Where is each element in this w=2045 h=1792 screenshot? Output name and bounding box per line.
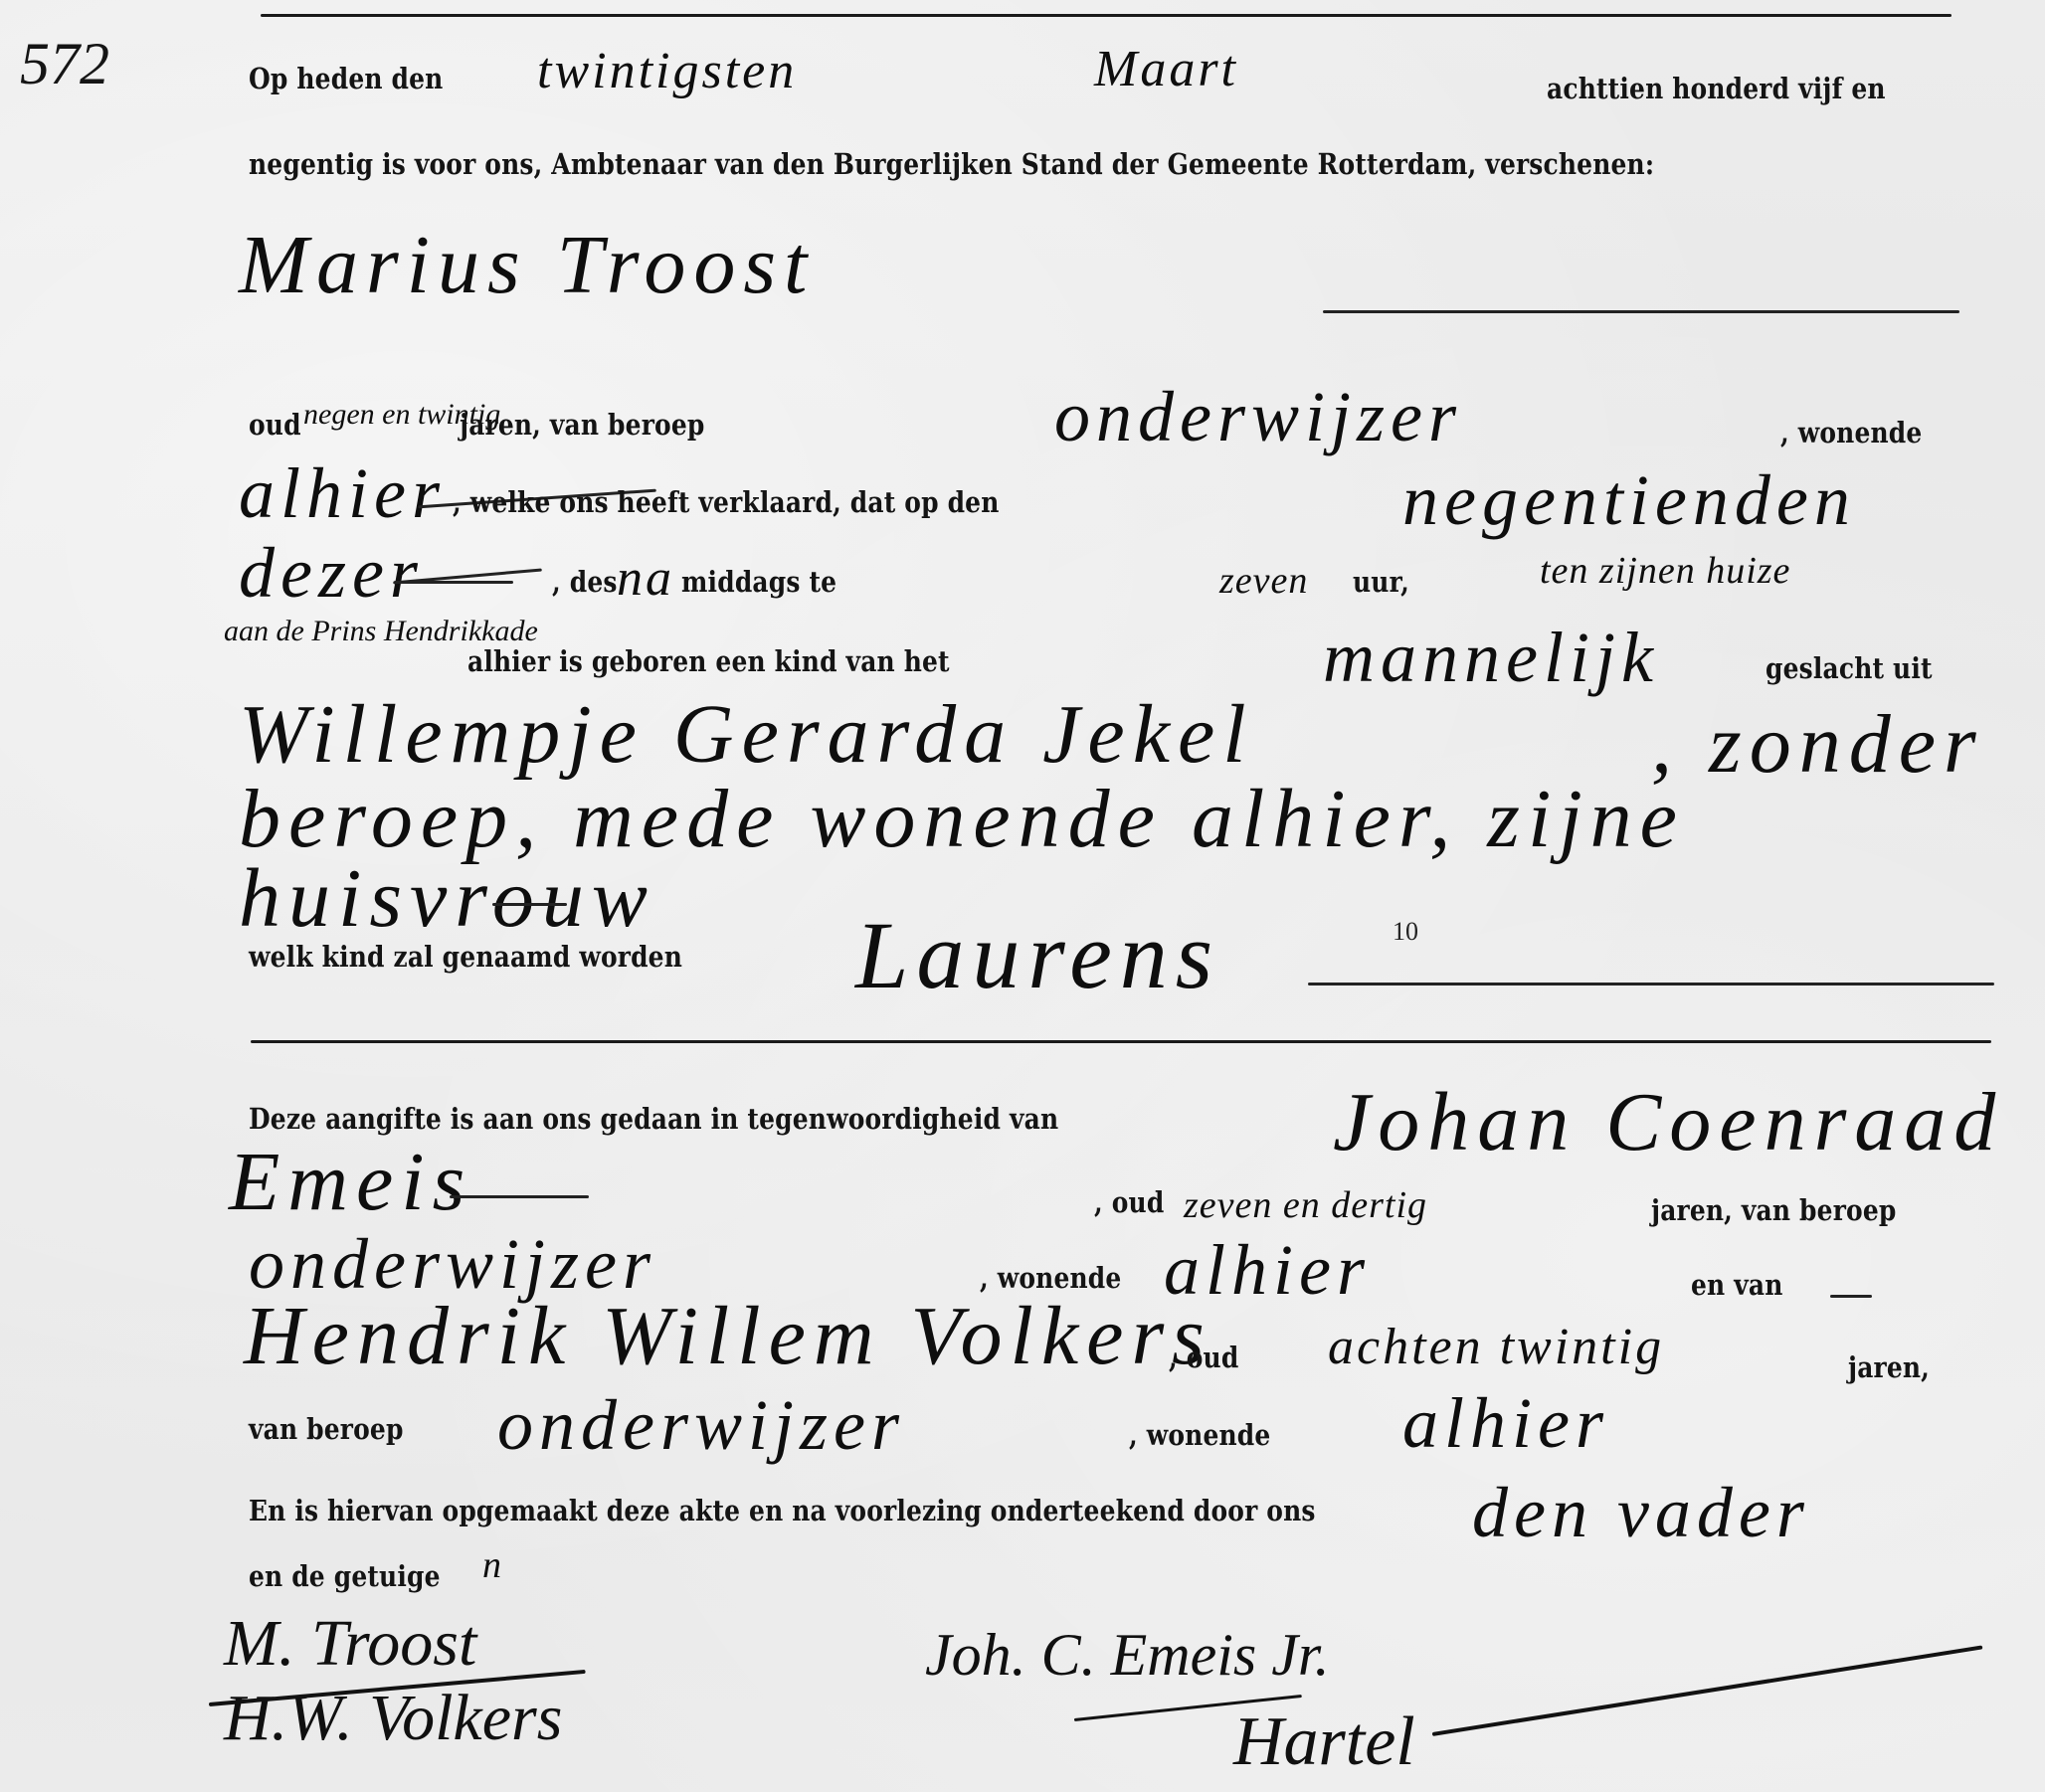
printed-des: , des — [552, 565, 618, 599]
hand-declarant-occupation: onderwijzer — [1054, 376, 1462, 458]
printed-wonende-3: , wonende — [1129, 1418, 1270, 1452]
printed-wonende: , wonende — [1780, 416, 1922, 449]
printed-line7: alhier is geboren een kind van het — [467, 644, 950, 678]
printed-jaren-beroep: jaren, van beroep — [460, 408, 704, 442]
signature-flourish-right — [1432, 1645, 1983, 1736]
hand-sex: mannelijk — [1323, 617, 1659, 699]
fill-line-envan — [1830, 1295, 1872, 1298]
hand-day: twintigsten — [537, 42, 797, 100]
signature-witness1: Joh. C. Emeis Jr. — [925, 1621, 1330, 1690]
fill-line-huisvrouw — [492, 903, 567, 906]
hand-birth-month: dezer — [239, 532, 424, 615]
margin-annotation: 10 — [1393, 917, 1418, 947]
signature-witness2: H.W. Volkers — [224, 1681, 562, 1756]
hand-witness1-first: Johan Coenraad — [1333, 1074, 2003, 1170]
hand-month: Maart — [1094, 40, 1238, 98]
printed-line17: en de getuige — [249, 1559, 441, 1593]
fill-line-dezer-2 — [394, 581, 513, 584]
hand-signed-by: den vader — [1472, 1472, 1810, 1554]
fill-line-declarant — [1323, 310, 1959, 313]
printed-line5: , welke ons heeft verklaard, dat op den — [453, 485, 1000, 519]
printed-line16: En is hiervan opgemaakt deze akte en na … — [249, 1494, 1316, 1527]
hand-declarant-name: Marius Troost — [239, 217, 815, 313]
hand-witness1-last: Emeis — [229, 1134, 472, 1230]
printed-line1-prefix: Op heden den — [249, 62, 443, 95]
top-rule — [261, 14, 1952, 17]
hand-child-name: Laurens — [855, 900, 1220, 1010]
hand-mother-details-1: , zonder — [1651, 696, 1984, 793]
hand-mother-name: Willempje Gerarda Jekel — [239, 686, 1254, 783]
printed-oud-2: , oud — [1094, 1185, 1164, 1219]
printed-oud: oud — [249, 408, 301, 442]
hand-witness2-name: Hendrik Willem Volkers — [244, 1288, 1212, 1384]
hand-mother-details-3: huisvrouw — [239, 850, 655, 947]
hand-witness2-occupation: onderwijzer — [497, 1384, 905, 1467]
section-divider — [251, 1040, 1991, 1043]
hand-time-of-day: na — [617, 549, 674, 608]
hand-witness1-age: zeven en dertig — [1184, 1183, 1427, 1227]
fill-line-child — [1308, 983, 1994, 986]
signature-father: M. Troost — [224, 1606, 476, 1682]
printed-oud-3: , oud — [1169, 1341, 1238, 1374]
printed-middags: middags te — [681, 565, 837, 599]
printed-geslacht-uit: geslacht uit — [1766, 651, 1933, 685]
document-page: 572 Op heden den twintigsten Maart achtt… — [0, 0, 2045, 1792]
hand-witness2-age: achten twintig — [1328, 1318, 1664, 1376]
printed-genaamd: welk kind zal genaamd worden — [249, 940, 682, 974]
hand-witness2-residence: alhier — [1402, 1382, 1609, 1465]
printed-line2: negentig is voor ons, Ambtenaar van den … — [249, 147, 1654, 181]
hand-declarant-residence: alhier — [239, 452, 446, 535]
printed-jaren-beroep-2: jaren, van beroep — [1651, 1193, 1896, 1227]
printed-uur: uur, — [1353, 565, 1409, 599]
hand-birth-place-1: ten zijnen huize — [1540, 549, 1790, 593]
fill-line-witness1 — [450, 1195, 589, 1198]
hand-birth-day: negentienden — [1402, 459, 1856, 542]
printed-line1-suffix: achttien honderd vijf en — [1547, 72, 1886, 105]
hand-getuige-suffix: n — [482, 1543, 502, 1587]
signature-official: Hartel — [1233, 1702, 1415, 1782]
printed-jaren-3: jaren, — [1848, 1350, 1930, 1384]
hand-hour: zeven — [1219, 559, 1308, 603]
record-number: 572 — [20, 30, 109, 98]
hand-birth-place-2: aan de Prins Hendrikkade — [224, 615, 538, 648]
printed-van-beroep-3: van beroep — [249, 1412, 404, 1446]
printed-line11: Deze aangifte is aan ons gedaan in tegen… — [249, 1102, 1058, 1136]
printed-en-van: en van — [1691, 1268, 1783, 1302]
